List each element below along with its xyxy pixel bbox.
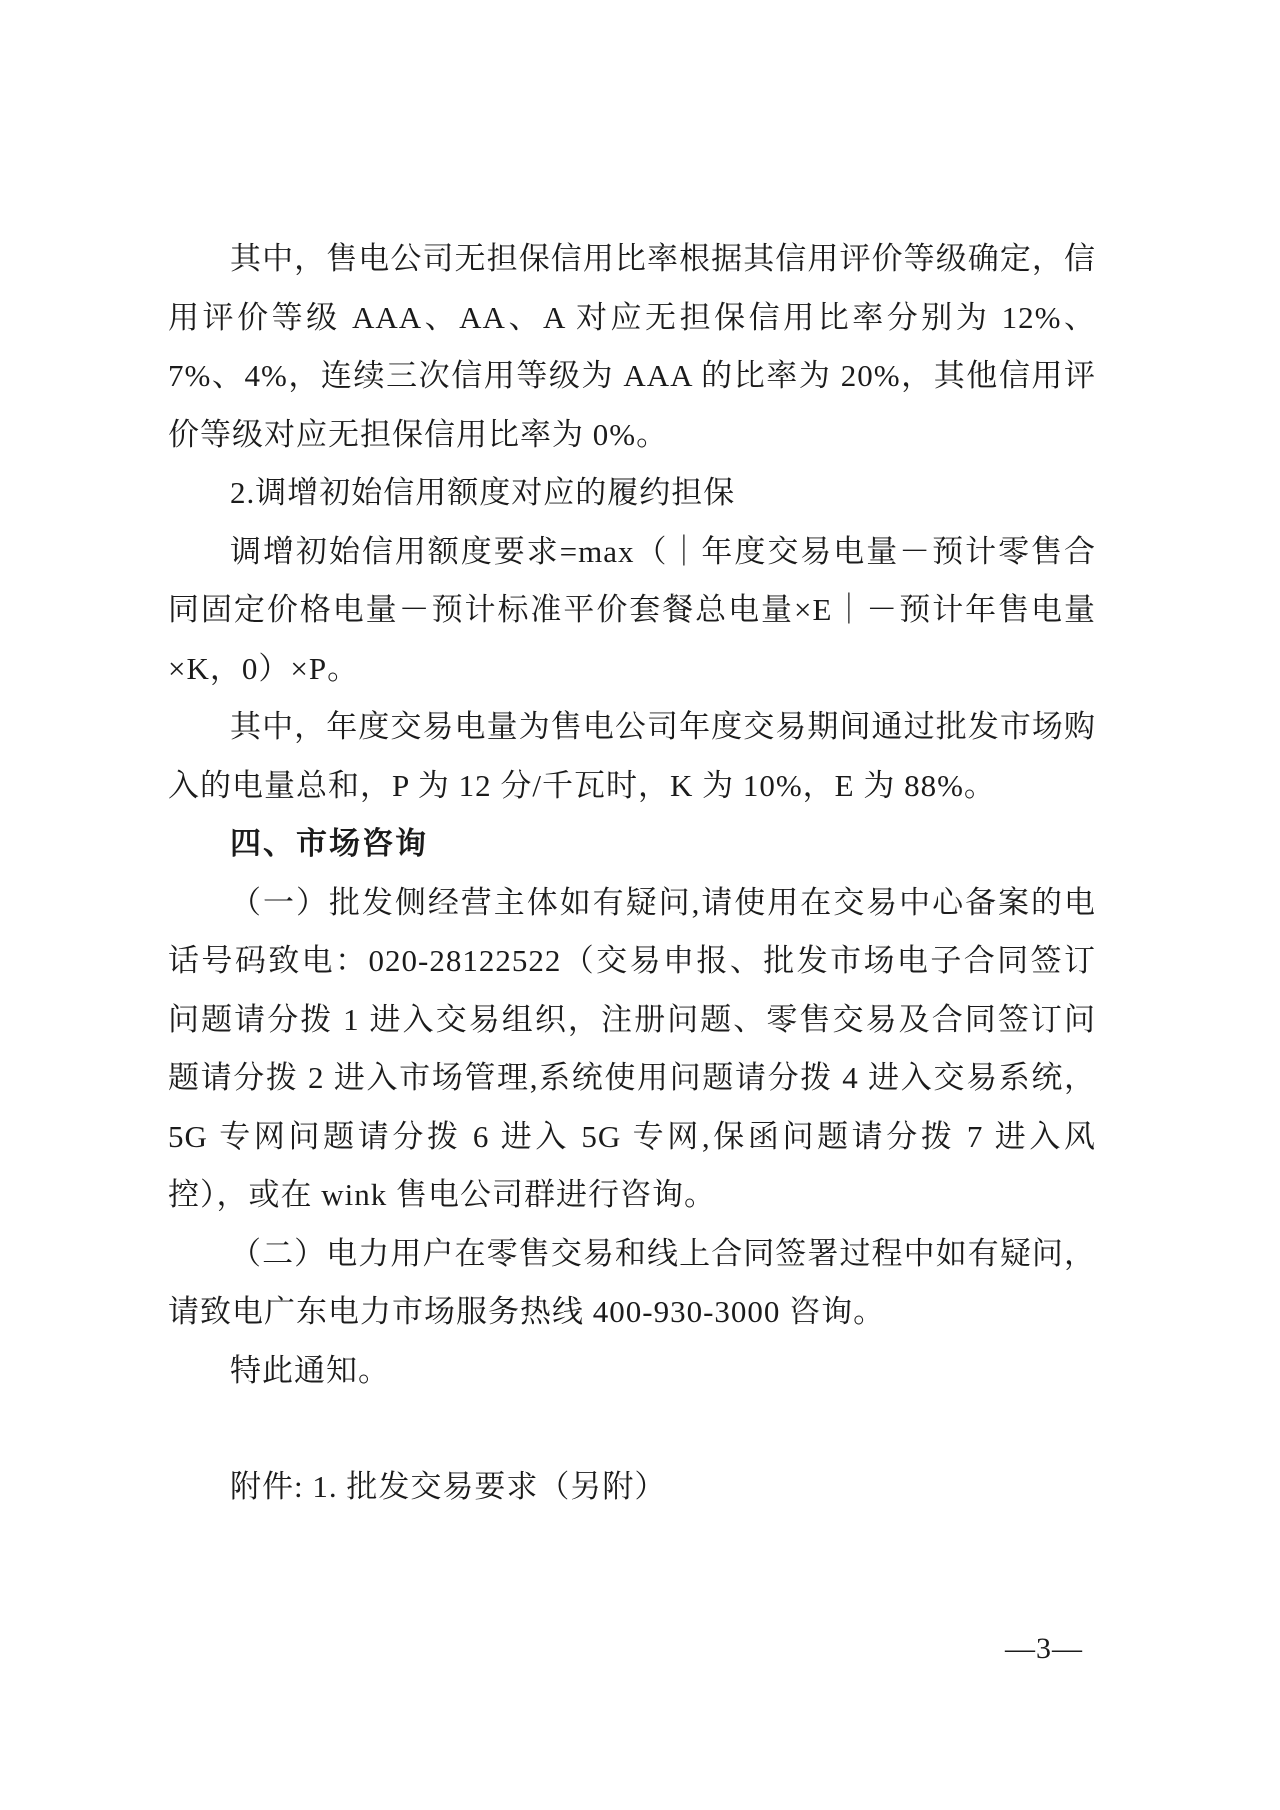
paragraph-formula-parameters: 其中，年度交易电量为售电公司年度交易期间通过批发市场购入的电量总和，P 为 12…	[168, 698, 1096, 815]
paragraph-notice-closing: 特此通知。	[168, 1342, 1096, 1401]
section-heading-market-consultation: 四、市场咨询	[168, 815, 1096, 874]
document-page: 其中，售电公司无担保信用比率根据其信用评价等级确定，信用评价等级 AAA、AA、…	[0, 0, 1280, 1810]
paragraph-wholesale-contact: （一）批发侧经营主体如有疑问,请使用在交易中心备案的电话号码致电：020-281…	[168, 874, 1096, 1225]
paragraph-retail-contact: （二）电力用户在零售交易和线上合同签署过程中如有疑问，请致电广东电力市场服务热线…	[168, 1225, 1096, 1342]
page-number: —3—	[1005, 1632, 1083, 1666]
attachment-line: 附件: 1. 批发交易要求（另附）	[168, 1458, 1096, 1517]
paragraph-clause2-title: 2.调增初始信用额度对应的履约担保	[168, 464, 1096, 523]
paragraph-credit-formula: 调增初始信用额度要求=max（｜年度交易电量－预计零售合同固定价格电量－预计标准…	[168, 523, 1096, 699]
paragraph-credit-ratio: 其中，售电公司无担保信用比率根据其信用评价等级确定，信用评价等级 AAA、AA、…	[168, 230, 1096, 464]
document-body: 其中，售电公司无担保信用比率根据其信用评价等级确定，信用评价等级 AAA、AA、…	[168, 230, 1096, 1517]
